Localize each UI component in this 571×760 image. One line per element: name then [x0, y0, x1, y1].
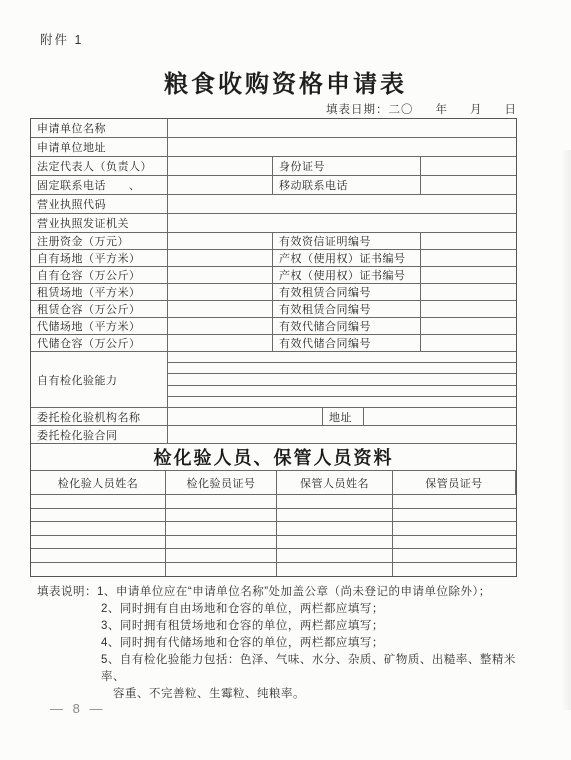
personnel-empty-row [31, 536, 516, 550]
form-row-legal-representative: 法定代表人（负责人）身份证号 [31, 157, 516, 176]
field-label: 法定代表人（负责人） [31, 157, 168, 175]
personnel-header-row: 检化验人员姓名检化验员证号保管人员姓名保管员证号 [31, 471, 516, 495]
field-label: 有效租赁合同编号 [273, 301, 421, 317]
personnel-empty-row [31, 509, 516, 523]
form-row-business-license-code: 营业执照代码 [31, 195, 516, 214]
field-label: 租赁场地（平方米） [31, 284, 168, 300]
date-era: 二〇 [389, 104, 414, 116]
multiline-value-area [168, 352, 516, 407]
field-value-blank [168, 284, 273, 300]
personnel-column-header: 检化验人员姓名 [31, 471, 166, 494]
field-label: 租赁仓容（万公斤） [31, 301, 168, 317]
field-label: 申请单位名称 [31, 119, 168, 137]
personnel-cell-blank [277, 522, 393, 535]
field-value-blank [421, 284, 516, 300]
personnel-cell-blank [31, 563, 166, 577]
personnel-cell-blank [393, 563, 516, 577]
personnel-cell-blank [31, 536, 166, 549]
field-value-blank [421, 267, 516, 283]
date-year-label: 年 [436, 104, 449, 116]
field-value-blank [168, 335, 273, 351]
form-row-registered-capital: 注册资金（万元）有效资信证明编号 [31, 233, 516, 250]
personnel-cell-blank [393, 549, 516, 562]
scan-shadow-artifact [561, 150, 571, 710]
field-value-blank [421, 233, 516, 249]
personnel-cell-blank [393, 495, 516, 508]
form-row-landline-phone: 固定联系电话 、移动联系电话 [31, 176, 516, 195]
field-value-blank [168, 250, 273, 266]
field-label: 有效租赁合同编号 [273, 284, 421, 300]
note-line: 4、同时拥有代储场地和仓容的单位，两栏都应填写； [37, 635, 527, 652]
field-label: 有效代储合同编号 [273, 335, 421, 351]
field-label: 注册资金（万元） [31, 233, 168, 249]
writing-line [168, 363, 516, 374]
personnel-column-header: 检化验员证号 [166, 471, 277, 494]
personnel-cell-blank [166, 509, 277, 522]
personnel-cell-blank [31, 549, 166, 562]
field-value-blank [168, 138, 516, 156]
form-row-own-site-area: 自有场地（平方米）产权（使用权）证书编号 [31, 250, 516, 267]
field-value-blank [168, 195, 516, 213]
field-value-blank [168, 119, 516, 137]
date-day-label: 日 [505, 104, 518, 116]
field-label: 自有检化验能力 [31, 352, 168, 407]
note-line: 3、同时拥有租赁场地和仓容的单位，两栏都应填写； [37, 618, 527, 635]
field-value-blank [168, 408, 323, 425]
application-table: 申请单位名称申请单位地址法定代表人（负责人）身份证号固定联系电话 、移动联系电话… [30, 118, 517, 577]
field-label: 地址 [323, 408, 364, 425]
personnel-cell-blank [277, 495, 393, 508]
field-label: 营业执照代码 [31, 195, 168, 213]
field-value-blank [168, 157, 273, 175]
field-label: 申请单位地址 [31, 138, 168, 156]
field-value-blank [421, 157, 516, 175]
field-value-blank [168, 301, 273, 317]
writing-line [168, 386, 516, 397]
scanned-form-page: 附件 1 粮食收购资格申请表 填表日期：二〇年月日 申请单位名称申请单位地址法定… [0, 0, 571, 760]
field-value-blank [421, 176, 516, 194]
personnel-cell-blank [393, 536, 516, 549]
form-rows: 申请单位名称申请单位地址法定代表人（负责人）身份证号固定联系电话 、移动联系电话… [31, 119, 516, 444]
date-line: 填表日期：二〇年月日 [326, 101, 517, 117]
personnel-cell-blank [393, 509, 516, 522]
field-label: 自有仓容（万公斤） [31, 267, 168, 283]
field-label: 自有场地（平方米） [31, 250, 168, 266]
personnel-cell-blank [31, 495, 166, 508]
form-title: 粮食收购资格申请表 [0, 64, 571, 99]
personnel-cell-blank [277, 509, 393, 522]
field-label: 产权（使用权）证书编号 [273, 250, 421, 266]
field-value-blank [421, 335, 516, 351]
note-line: 5、自有检化验能力包括：色泽、气味、水分、杂质、矿物质、出糙率、整精米率、 [37, 652, 527, 686]
personnel-cell-blank [31, 522, 166, 535]
date-label: 填表日期： [326, 104, 389, 116]
personnel-rows [31, 495, 516, 576]
field-label: 代储仓容（万公斤） [31, 335, 168, 351]
personnel-cell-blank [166, 522, 277, 535]
personnel-section-header: 检化验人员、保管人员资料 [31, 444, 516, 471]
note-line: 容重、不完善粒、生霉粒、纯粮率。 [37, 686, 527, 703]
field-value-blank [168, 233, 273, 249]
field-label: 营业执照发证机关 [31, 214, 168, 232]
note-line: 2、同时拥有自由场地和仓容的单位，两栏都应填写； [37, 601, 527, 618]
personnel-cell-blank [166, 549, 277, 562]
field-label: 有效代储合同编号 [273, 318, 421, 334]
field-value-blank [168, 267, 273, 283]
form-row-own-storage-capacity: 自有仓容（万公斤）产权（使用权）证书编号 [31, 267, 516, 284]
personnel-cell-blank [393, 522, 516, 535]
field-value-blank [168, 214, 516, 232]
field-value-blank [421, 250, 516, 266]
personnel-cell-blank [166, 495, 277, 508]
form-notes: 填表说明：1、申请单位应在“申请单位名称”处加盖公章（尚未登记的申请单位除外）；… [37, 584, 527, 703]
field-value-blank [364, 408, 516, 425]
field-label: 身份证号 [273, 157, 421, 175]
personnel-empty-row [31, 563, 516, 577]
form-row-leased-site-area: 租赁场地（平方米）有效租赁合同编号 [31, 284, 516, 301]
personnel-cell-blank [166, 536, 277, 549]
personnel-empty-row [31, 549, 516, 563]
form-row-agency-storage-site: 代储场地（平方米）有效代储合同编号 [31, 318, 516, 335]
field-value-blank [168, 176, 273, 194]
field-label: 有效资信证明编号 [273, 233, 421, 249]
writing-line [168, 374, 516, 385]
form-row-self-inspection-capability: 自有检化验能力 [31, 352, 516, 408]
page-number: — 8 — [50, 701, 105, 716]
field-label: 代储场地（平方米） [31, 318, 168, 334]
form-row-agency-storage-capacity: 代储仓容（万公斤）有效代储合同编号 [31, 335, 516, 352]
personnel-cell-blank [166, 563, 277, 577]
field-label: 移动联系电话 [273, 176, 421, 194]
attachment-label: 附件 1 [40, 30, 83, 48]
field-label: 固定联系电话 、 [31, 176, 168, 194]
field-label: 产权（使用权）证书编号 [273, 267, 421, 283]
form-row-applicant-address: 申请单位地址 [31, 138, 516, 157]
form-row-entrusted-inspection-agency: 委托检化验机构名称地址 [31, 408, 516, 426]
field-value-blank [421, 301, 516, 317]
personnel-empty-row [31, 495, 516, 509]
field-value-blank [168, 318, 273, 334]
personnel-empty-row [31, 522, 516, 536]
form-row-leased-storage-capacity: 租赁仓容（万公斤）有效租赁合同编号 [31, 301, 516, 318]
personnel-cell-blank [277, 536, 393, 549]
field-label: 委托检化验机构名称 [31, 408, 168, 425]
field-label: 委托检化验合同 [31, 426, 168, 443]
note-line: 填表说明：1、申请单位应在“申请单位名称”处加盖公章（尚未登记的申请单位除外）； [37, 584, 527, 601]
personnel-column-header: 保管员证号 [393, 471, 516, 494]
field-value-blank [168, 426, 516, 443]
personnel-cell-blank [31, 509, 166, 522]
personnel-column-header: 保管人员姓名 [277, 471, 393, 494]
form-row-entrusted-inspection-contract: 委托检化验合同 [31, 426, 516, 444]
form-row-applicant-name: 申请单位名称 [31, 119, 516, 138]
personnel-cell-blank [277, 563, 393, 577]
date-month-label: 月 [470, 104, 483, 116]
writing-line [168, 352, 516, 363]
personnel-cell-blank [277, 549, 393, 562]
field-value-blank [421, 318, 516, 334]
writing-line [168, 397, 516, 407]
form-row-license-issuing-authority: 营业执照发证机关 [31, 214, 516, 233]
